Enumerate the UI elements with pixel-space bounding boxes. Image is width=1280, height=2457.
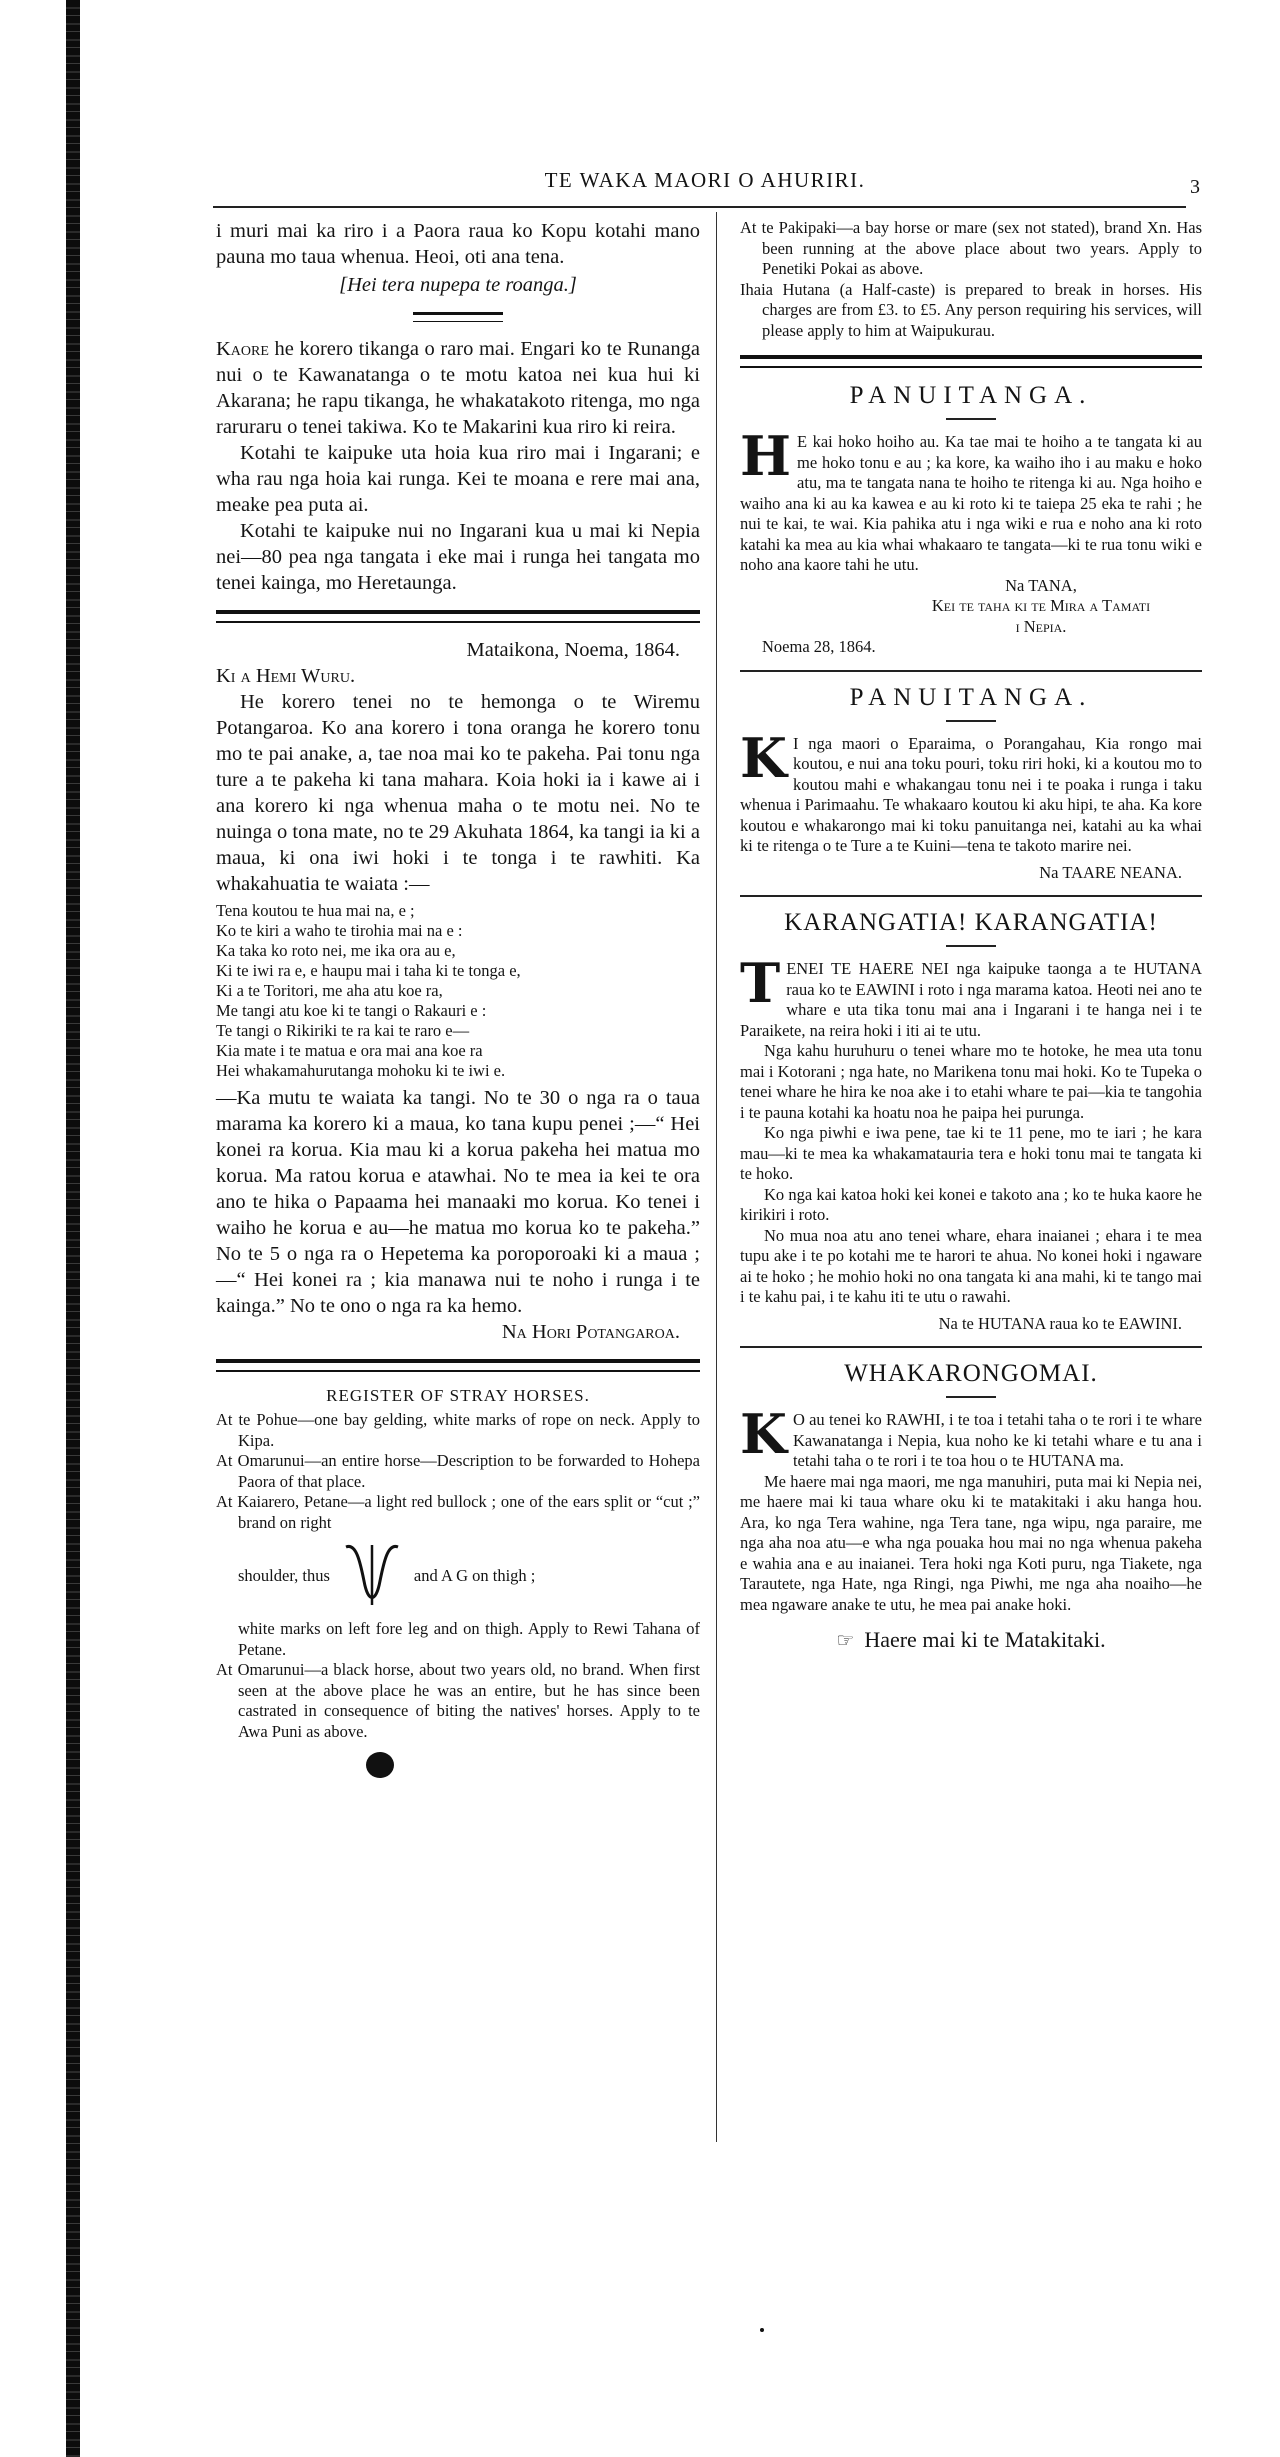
notice-address: i Nepia. [740, 617, 1202, 638]
letter: Mataikona, Noema, 1864. Ki a Hemi Wuru. … [216, 637, 700, 1345]
right-column: At te Pakipaki—a bay horse or mare (sex … [740, 218, 1202, 1653]
notice-heading: WHAKARONGOMAI. [740, 1360, 1202, 1388]
continuation-note: [Hei tera nupepa te roanga.] [216, 272, 700, 298]
notice-address: Kei te taha ki te Mira a Tamati [740, 596, 1202, 617]
page-spine-binding [66, 0, 80, 2457]
notice-text: No mua noa atu ano tenei whare, ehara in… [740, 1226, 1202, 1308]
notice-text: Ko nga kai katoa hoki kei konei e takoto… [740, 1185, 1202, 1226]
column-divider [716, 212, 717, 2142]
register-entry: At te Pakipaki—a bay horse or mare (sex … [740, 218, 1202, 280]
notice-text: Me haere mai nga maori, me nga manuhiri,… [740, 1472, 1202, 1616]
notice-heading: KARANGATIA! KARANGATIA! [740, 909, 1202, 937]
continued-article-text: i muri mai ka riro i a Paora raua ko Kop… [216, 218, 700, 270]
brand-prefix: shoulder, thus [238, 1566, 330, 1586]
drop-cap: K [740, 736, 787, 780]
register-entry: At te Pohue—one bay gelding, white marks… [216, 1410, 700, 1451]
notice-karangatia: KARANGATIA! KARANGATIA! TENEI TE HAERE N… [740, 909, 1202, 1334]
ink-speck [760, 2328, 764, 2332]
song-lyrics: Tena koutou te hua mai na, e ; Ko te kir… [216, 901, 700, 1081]
notice-signature: Na te HUTANA raua ko te EAWINI. [740, 1314, 1202, 1335]
section-rule [740, 895, 1202, 897]
news-paragraph: he korero tikanga o raro mai. Engari ko … [216, 338, 700, 438]
section-rule [740, 670, 1202, 672]
notice-text: Ko nga piwhi e iwa pene, tae ki te 11 pe… [740, 1123, 1202, 1185]
news-article: Kaore he korero tikanga o raro mai. Enga… [216, 336, 700, 596]
notice-panuitanga-2: PANUITANGA. KI nga maori o Eparaima, o P… [740, 684, 1202, 884]
register-entry: At Kaiarero, Petane—a light red bullock … [216, 1492, 700, 1533]
song-line: Ka taka ko roto nei, me ika ora au e, [216, 941, 700, 961]
newspaper-title: TE WAKA MAORI O AHURIRI. [210, 168, 1200, 193]
brand-illustration-row: shoulder, thus and A G on thigh ; [216, 1541, 700, 1611]
letter-dateline: Mataikona, Noema, 1864. [216, 637, 700, 663]
notice-date: Noema 28, 1864. [740, 637, 1202, 658]
section-rule [216, 1359, 700, 1372]
song-line: Kia mate i te matua e ora mai ana koe ra [216, 1041, 700, 1061]
notice-signature: Na TANA, [740, 576, 1202, 597]
drop-cap: H [740, 434, 791, 478]
song-line: Ki a te Toritori, me aha atu koe ra, [216, 981, 700, 1001]
heading-rule [946, 1396, 996, 1398]
notice-signature: Na TAARE NEANA. [740, 863, 1202, 884]
page-number: 3 [1190, 176, 1200, 199]
news-paragraph: Kotahi te kaipuke nui no Ingarani kua u … [216, 518, 700, 596]
notice-text: Nga kahu huruhuru o tenei whare mo te ho… [740, 1041, 1202, 1123]
register-entry: white marks on left fore leg and on thig… [216, 1619, 700, 1660]
song-line: Tena koutou te hua mai na, e ; [216, 901, 700, 921]
lead-word: Kaore [216, 338, 269, 360]
left-column: i muri mai ka riro i a Paora raua ko Kop… [216, 218, 700, 1778]
brand-suffix: and A G on thigh ; [414, 1566, 535, 1586]
footer-text: Haere mai ki te Matakitaki. [864, 1627, 1105, 1652]
masthead: TE WAKA MAORI O AHURIRI. 3 [210, 168, 1200, 202]
heading-rule [946, 418, 996, 420]
header-rule [213, 206, 1186, 208]
heading-rule [946, 945, 996, 947]
advertisement: Ihaia Hutana (a Half-caste) is prepared … [740, 280, 1202, 342]
notice-footer: ☞Haere mai ki te Matakitaki. [740, 1627, 1202, 1653]
section-rule [740, 1346, 1202, 1348]
register-heading: REGISTER OF STRAY HORSES. [216, 1386, 700, 1406]
notice-text: I nga maori o Eparaima, o Porangahau, Ki… [740, 734, 1202, 856]
song-line: Me tangi atu koe ki te tangi o Rakauri e… [216, 1001, 700, 1021]
register-entry: At Omarunui—a black horse, about two yea… [216, 1660, 700, 1742]
register-entry: At Omarunui—an entire horse—Description … [216, 1451, 700, 1492]
section-rule [413, 312, 503, 322]
letter-paragraph: He korero tenei no te hemonga o te Wirem… [216, 689, 700, 897]
notice-panuitanga-1: PANUITANGA. HE kai hoko hoiho au. Ka tae… [740, 382, 1202, 658]
ink-stamp-icon [366, 1752, 394, 1778]
news-paragraph: Kotahi te kaipuke uta hoia kua riro mai … [216, 440, 700, 518]
letter-salutation: Ki a Hemi Wuru. [216, 663, 700, 689]
section-rule [740, 355, 1202, 368]
section-rule [216, 610, 700, 623]
notice-text: O au tenei ko RAWHI, i te toa i tetahi t… [793, 1410, 1202, 1470]
drop-cap: T [740, 961, 780, 1005]
letter-signature: Na Hori Potangaroa. [216, 1319, 700, 1345]
notice-whakarongomai: WHAKARONGOMAI. KO au tenei ko RAWHI, i t… [740, 1360, 1202, 1653]
letter-paragraph: —Ka mutu te waiata ka tangi. No te 30 o … [216, 1085, 700, 1319]
drop-cap: K [740, 1412, 787, 1456]
notice-text: E kai hoko hoiho au. Ka tae mai te hoiho… [740, 432, 1202, 574]
notice-text: ENEI TE HAERE NEI nga kaipuke taonga a t… [740, 959, 1202, 1040]
song-line: Hei whakamahurutanga mohoku ki te iwi e. [216, 1061, 700, 1081]
song-line: Ko te kiri a waho te tirohia mai na e : [216, 921, 700, 941]
stray-horses-register: REGISTER OF STRAY HORSES. At te Pohue—on… [216, 1386, 700, 1778]
pointing-hand-icon: ☞ [836, 1628, 854, 1653]
brand-mark-icon [342, 1541, 402, 1611]
notice-heading: PANUITANGA. [740, 382, 1202, 410]
song-line: Ki te iwi ra e, e haupu mai i taha ki te… [216, 961, 700, 981]
notice-heading: PANUITANGA. [740, 684, 1202, 712]
song-line: Te tangi o Rikiriki te ra kai te raro e— [216, 1021, 700, 1041]
heading-rule [946, 720, 996, 722]
